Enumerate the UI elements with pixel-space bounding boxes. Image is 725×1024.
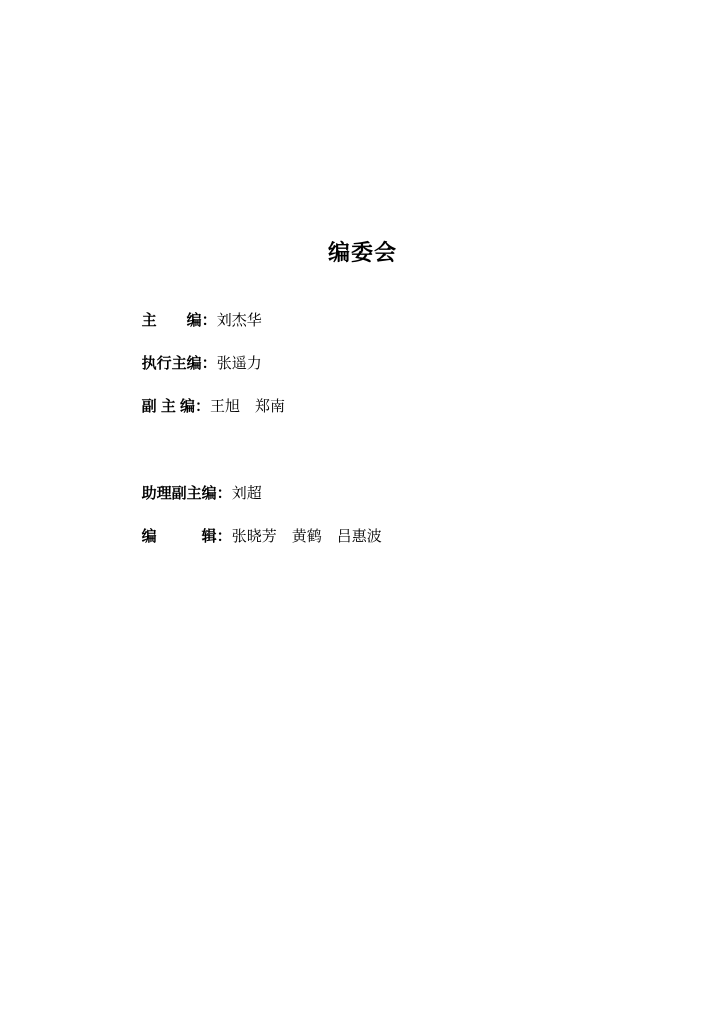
editor-names: 刘杰华 bbox=[217, 312, 262, 329]
editor-role-label: 助理副主编： bbox=[142, 485, 232, 502]
editor-role-label: 主 编： bbox=[142, 312, 217, 329]
editor-role-label: 编 辑： bbox=[142, 528, 232, 545]
editor-names: 张遥力 bbox=[217, 355, 262, 372]
editor-names: 王旭 郑南 bbox=[210, 398, 285, 415]
editor-names: 刘超 bbox=[232, 485, 262, 502]
editor-role-label: 执行主编： bbox=[142, 355, 217, 372]
document-page: 编委会 主 编：刘杰华 执行主编：张遥力 副 主 编：王旭 郑南 助理副主编：刘… bbox=[0, 0, 725, 1024]
editor-row-editors: 编 辑：张晓芳 黄鹤 吕惠波 bbox=[125, 504, 382, 570]
editor-names: 张晓芳 黄鹤 吕惠波 bbox=[232, 528, 382, 545]
editor-role-label: 副 主 编： bbox=[142, 398, 210, 415]
editor-row-deputy-chief: 副 主 编：王旭 郑南 bbox=[125, 374, 285, 440]
editorial-board-title: 编委会 bbox=[0, 240, 725, 266]
